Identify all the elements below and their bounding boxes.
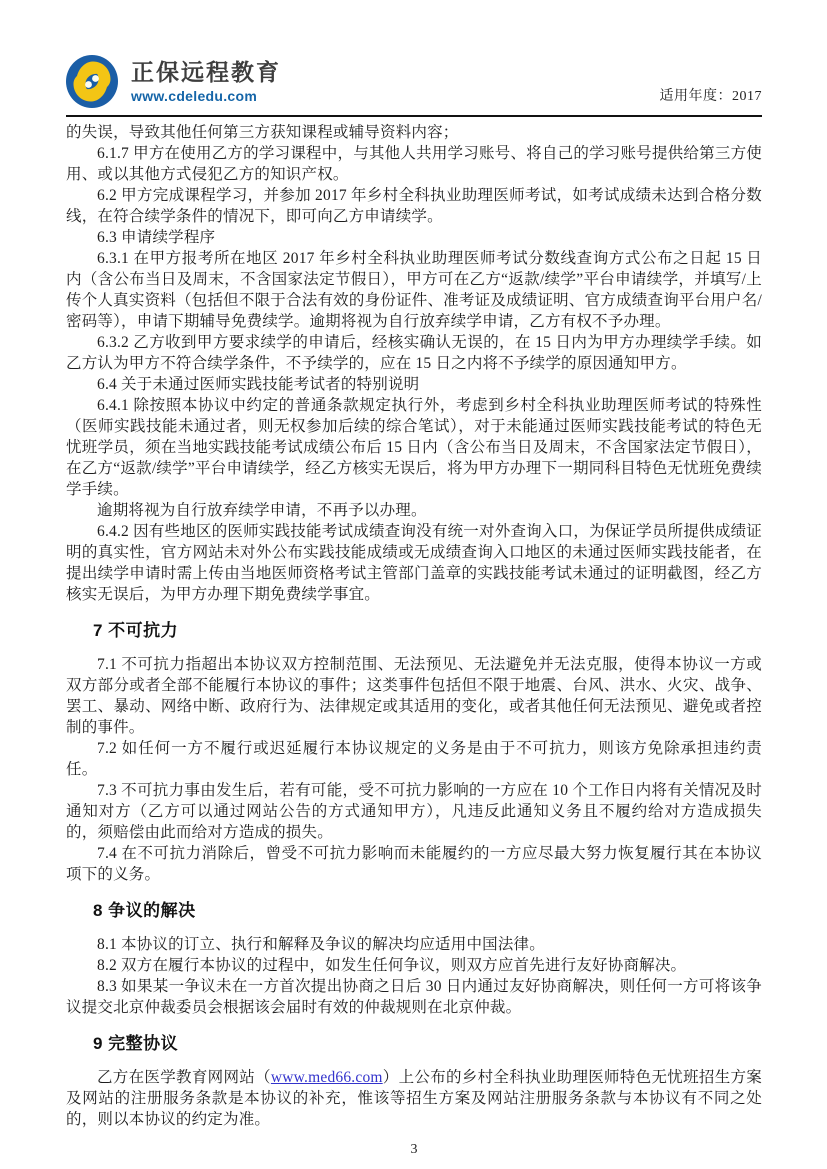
paragraph: 7.1 不可抗力指超出本协议双方控制范围、无法预见、无法避免并无法克服，使得本协… xyxy=(66,654,762,738)
paragraph-continuation: 的失误，导致其他任何第三方获知课程或辅导资料内容； xyxy=(66,122,762,143)
paragraph: 8.3 如果某一争议未在一方首次提出协商之日后 30 日内通过友好协商解决，则任… xyxy=(66,976,762,1018)
paragraph: 6.3.1 在甲方报考所在地区 2017 年乡村全科执业助理医师考试分数线查询方… xyxy=(66,248,762,332)
page-header: 正保远程教育 www.cdeledu.com 适用年度：2017 xyxy=(66,55,762,115)
section-heading: 8 争议的解决 xyxy=(66,900,762,921)
brand-website[interactable]: www.cdeledu.com xyxy=(131,88,281,104)
brand-name: 正保远程教育 xyxy=(131,59,281,85)
paragraph: 6.4.2 因有些地区的医师实践技能考试成绩查询没有统一对外查询入口，为保证学员… xyxy=(66,521,762,605)
paragraph-text: 乙方在医学教育网网站（ xyxy=(97,1069,271,1086)
med66-website-link[interactable]: www.med66.com xyxy=(271,1069,383,1086)
paragraph: 7.3 不可抗力事由发生后，若有可能，受不可抗力影响的一方应在 10 个工作日内… xyxy=(66,780,762,843)
applicable-year-label: 适用年度：2017 xyxy=(660,85,763,108)
paragraph: 6.2 甲方完成课程学习，并参加 2017 年乡村全科执业助理医师考试，如考试成… xyxy=(66,185,762,227)
paragraph: 6.1.7 甲方在使用乙方的学习课程中，与其他人共用学习账号、将自己的学习账号提… xyxy=(66,143,762,185)
paragraph: 6.3.2 乙方收到甲方要求续学的申请后，经核实确认无误的，在 15 日内为甲方… xyxy=(66,332,762,374)
document-page: 正保远程教育 www.cdeledu.com 适用年度：2017 的失误，导致其… xyxy=(0,0,827,1169)
paragraph: 7.4 在不可抗力消除后，曾受不可抗力影响而未能履约的一方应尽最大努力恢复履行其… xyxy=(66,843,762,885)
paragraph: 6.4 关于未通过医师实践技能考试者的特别说明 xyxy=(66,374,762,395)
paragraph: 8.1 本协议的订立、执行和解释及争议的解决均应适用中国法律。 xyxy=(66,934,762,955)
paragraph: 逾期将视为自行放弃续学申请，不再予以办理。 xyxy=(66,500,762,521)
document-body: 的失误，导致其他任何第三方获知课程或辅导资料内容；6.1.7 甲方在使用乙方的学… xyxy=(66,122,762,1130)
section-heading: 7 不可抗力 xyxy=(66,620,762,641)
page-number: 3 xyxy=(66,1142,762,1158)
paragraph: 7.2 如任何一方不履行或迟延履行本协议规定的义务是由于不可抗力，则该方免除承担… xyxy=(66,738,762,780)
header-divider xyxy=(66,115,762,117)
paragraph: 6.3 申请续学程序 xyxy=(66,227,762,248)
paragraph: 8.2 双方在履行本协议的过程中，如发生任何争议，则双方应首先进行友好协商解决。 xyxy=(66,955,762,976)
section-heading: 9 完整协议 xyxy=(66,1033,762,1054)
brand-logo: 正保远程教育 www.cdeledu.com xyxy=(66,55,281,108)
paragraph: 6.4.1 除按照本协议中约定的普通条款规定执行外，考虑到乡村全科执业助理医师考… xyxy=(66,395,762,500)
cdeledu-logo-icon xyxy=(66,55,118,108)
brand-text-block: 正保远程教育 www.cdeledu.com xyxy=(131,59,281,104)
paragraph-with-link: 乙方在医学教育网网站（www.med66.com）上公布的乡村全科执业助理医师特… xyxy=(66,1067,762,1130)
